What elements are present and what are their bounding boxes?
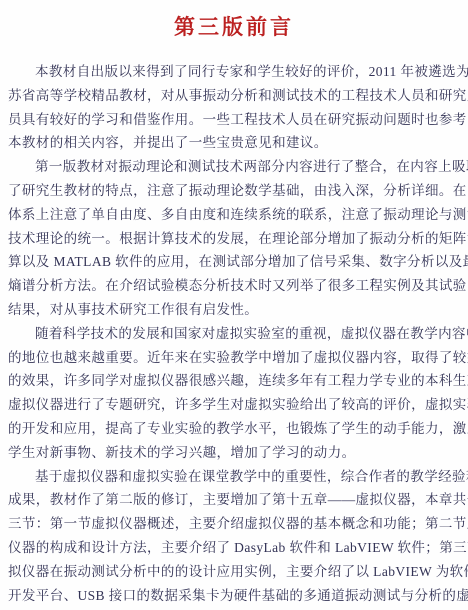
text-line: 技术理论的统一。根据计算技术的发展，在理论部分增加了振动分析的矩阵计	[8, 227, 460, 251]
text-line: 结果，对从事技术研究工作很有启发性。	[8, 298, 460, 322]
text-line: 员具有较好的学习和借鉴作用。一些工程技术人员在研究振动问题时也参考	[8, 108, 460, 132]
text-line: 本教材自出版以来得到了同行专家和学生较好的评价，2011 年被遴选为江	[8, 60, 460, 84]
page-title: 第三版前言	[0, 0, 468, 41]
text-line: 熵谱分析方法。在介绍试验模态分析技术时又列举了很多工程实例及其试验	[8, 274, 460, 298]
text-line: 本教材的相关内容，并提出了一些宝贵意见和建议。	[8, 131, 460, 155]
text-line: 随着科学技术的发展和国家对虚拟实验室的重视，虚拟仪器在教学内容中	[8, 322, 460, 346]
text-line: 成果，教材作了第二版的修订，主要增加了第十五章——虚拟仪器，本章共分为	[8, 488, 460, 512]
text-line: 苏省高等学校精品教材，对从事振动分析和测试技术的工程技术人员和研究人	[8, 84, 460, 108]
text-line: 开发平台、USB 接口的数据采集卡为硬件基础的多通道振动测试与分析的虚拟	[8, 584, 460, 608]
text-line: 的效果，许多同学对虚拟仪器很感兴趣，连续多年有工程力学专业的本科生对	[8, 369, 460, 393]
text-line: 三节：第一节虚拟仪器概述，主要介绍虚拟仪器的基本概念和功能；第二节虚拟	[8, 512, 460, 536]
text-line: 基于虚拟仪器和虚拟实验在课堂教学中的重要性，综合作者的教学经验和	[8, 465, 460, 489]
document-body: 本教材自出版以来得到了同行专家和学生较好的评价，2011 年被遴选为江苏省高等学…	[8, 60, 460, 607]
text-line: 拟仪器在振动测试分析中的的设计应用实例，主要介绍了以 LabVIEW 为软件	[8, 560, 460, 584]
document-page: 第三版前言 本教材自出版以来得到了同行专家和学生较好的评价，2011 年被遴选为…	[0, 0, 468, 610]
text-line: 仪器的构成和设计方法，主要介绍了 DasyLab 软件和 LabVIEW 软件；…	[8, 536, 460, 560]
text-line: 了研究生教材的特点，注意了振动理论数学基础，由浅入深，分析详细。在内容	[8, 179, 460, 203]
text-line: 第一版教材对振动理论和测试技术两部分内容进行了整合，在内容上吸取	[8, 155, 460, 179]
text-line: 学生对新事物、新技术的学习兴趣，增加了学习的动力。	[8, 441, 460, 465]
text-line: 的开发和应用，提高了专业实验的教学水平，也锻炼了学生的动手能力，激发了	[8, 417, 460, 441]
text-line: 体系上注意了单自由度、多自由度和连续系统的联系，注意了振动理论与测试	[8, 203, 460, 227]
text-line: 算以及 MATLAB 软件的应用，在测试部分增加了信号采集、数字分析以及最大	[8, 250, 460, 274]
text-line: 的地位也越来越重要。近年来在实验教学中增加了虚拟仪器内容，取得了较好	[8, 346, 460, 370]
text-line: 虚拟仪器进行了专题研究，许多学生对虚拟实验给出了较高的评价，虚拟实验	[8, 393, 460, 417]
